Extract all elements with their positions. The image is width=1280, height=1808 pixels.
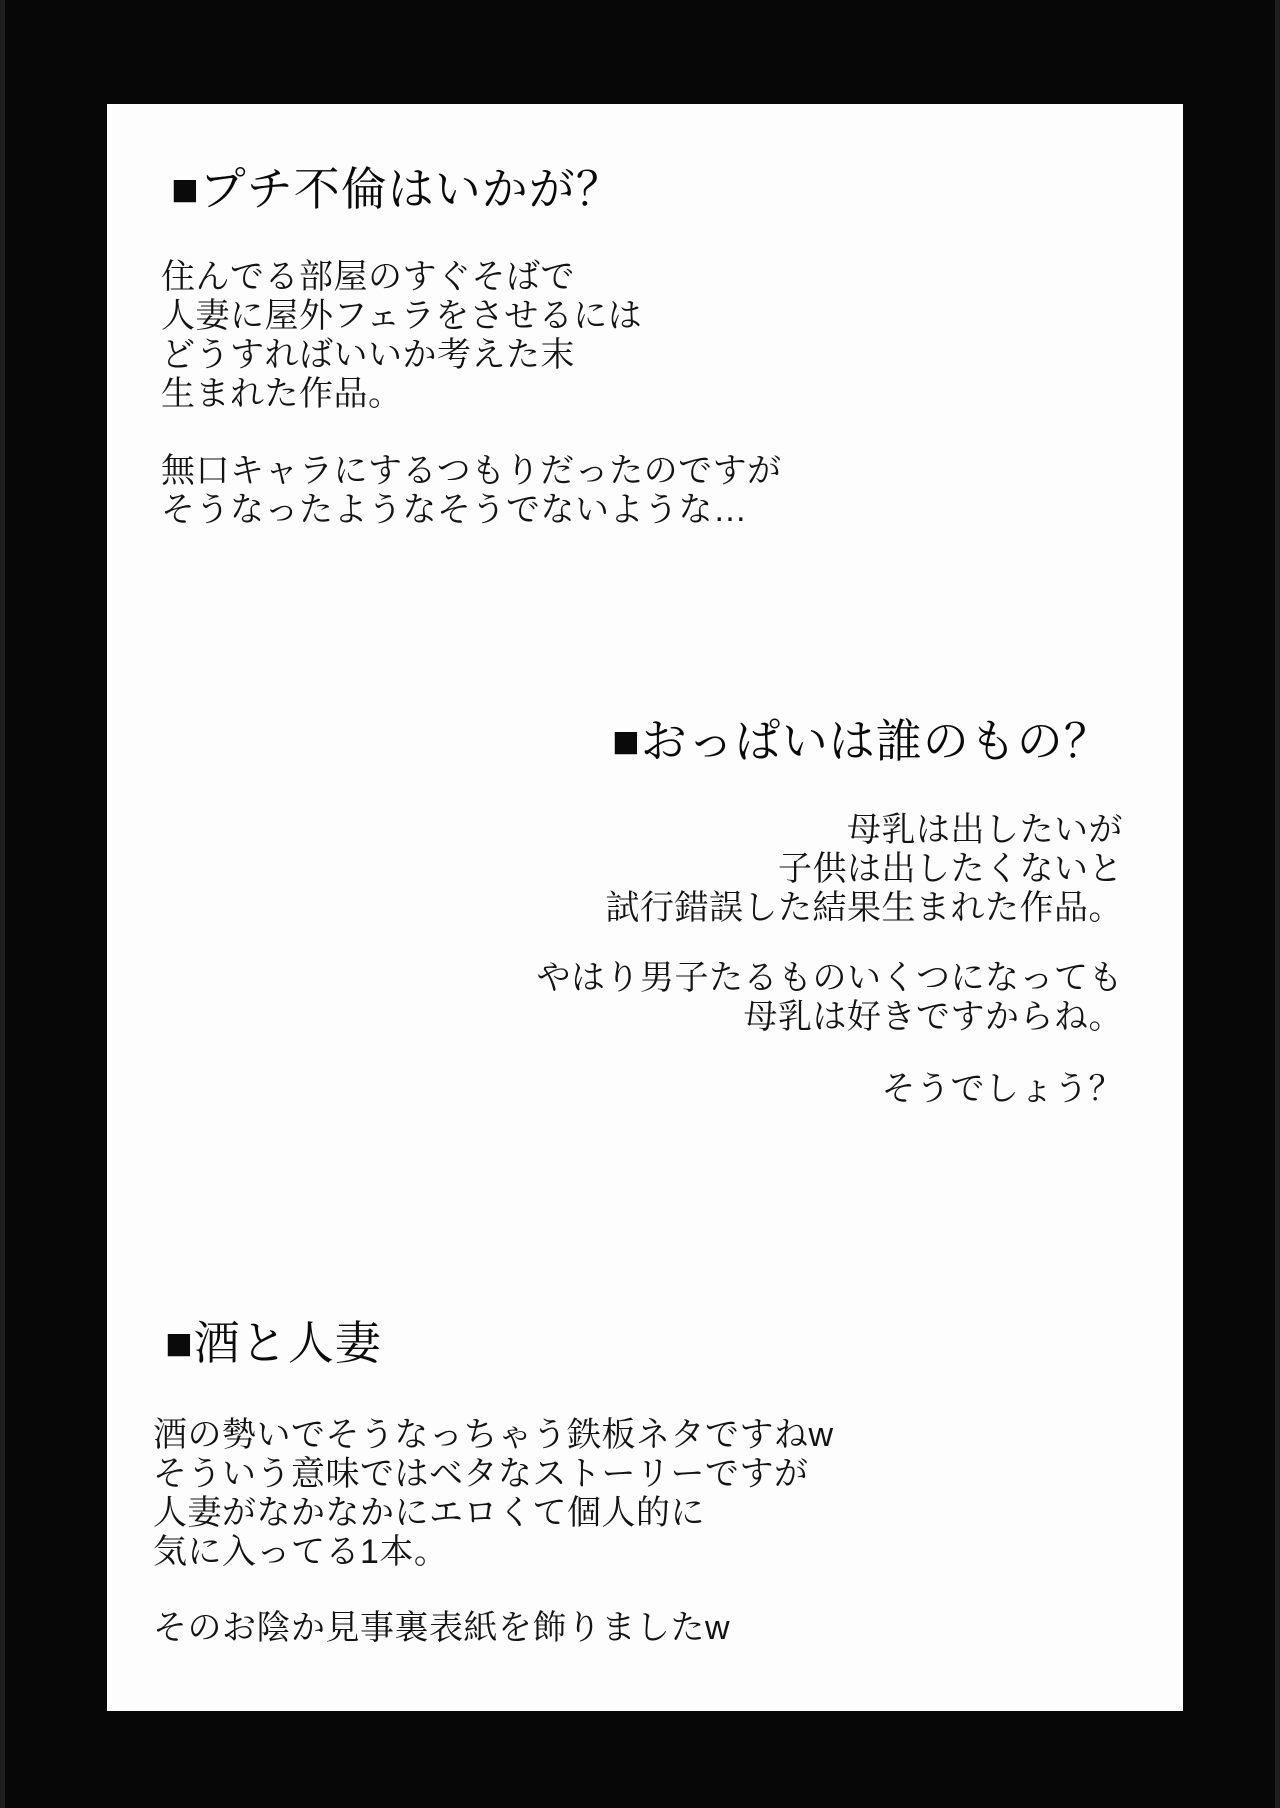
section-3-paragraph-1: 酒の勢いでそうなっちゃう鉄板ネタですねwそういう意味ではベタなストーリーですが人… [153,1416,834,1572]
section-2-heading: ■おっぱいは誰のもの？ [612,716,1111,767]
section-2-paragraph-2: やはり男子たるものいくつになっても母乳は好きですからね。 [537,959,1124,1037]
section-1-paragraph-1: 住んでる部屋のすぐそばで人妻に屋外フェラをさせるにはどうすればいいか考えた末生ま… [161,258,642,414]
page-background: ■プチ不倫はいかが？ 住んでる部屋のすぐそばで人妻に屋外フェラをさせるにはどうす… [0,0,1280,1808]
section-1-paragraph-2: 無口キャラにするつもりだったのですがそうなったようなそうでないような… [161,452,782,530]
section-3-heading: ■酒と人妻 [165,1318,382,1369]
left-edge-strip [0,0,5,1808]
right-edge-strip [1275,0,1280,1808]
paper-page: ■プチ不倫はいかが？ 住んでる部屋のすぐそばで人妻に屋外フェラをさせるにはどうす… [107,104,1183,1711]
section-2-paragraph-1: 母乳は出したいが子供は出したくないと試行錯誤した結果生まれた作品。 [606,811,1124,928]
section-1-heading: ■プチ不倫はいかが？ [171,164,623,215]
section-3-paragraph-2: そのお陰か見事裏表紙を飾りましたw [153,1609,730,1648]
section-2-paragraph-3: そうでしょう？ [882,1070,1124,1109]
